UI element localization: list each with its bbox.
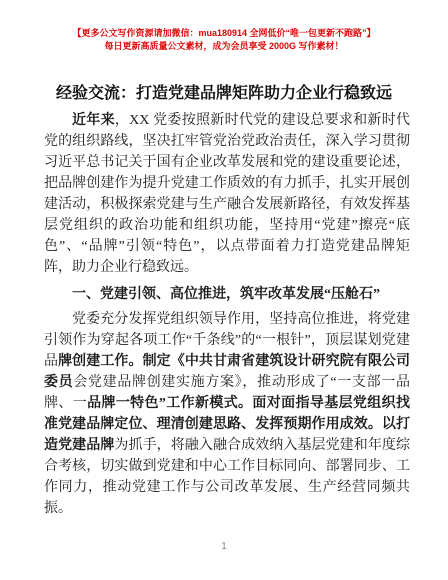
promo-notice: 【更多公文写作资源请加微信：mua180914 全网低价“唯一包更新不跑路”】 … xyxy=(0,0,448,53)
page-number: 1 xyxy=(0,541,448,552)
paragraph: 党委充分发挥党组织领导作用，坚持高位推进，将党建引领作为穿起各项工作“千条线”的… xyxy=(44,309,410,519)
section-heading: 一、党建引领、高位推进，筑牢改革发展“压舱石” xyxy=(44,284,410,305)
text-run: 一、党建引领、高位推进，筑牢改革发展“压舱石” xyxy=(72,287,380,302)
document-page: 【更多公文写作资源请加微信：mua180914 全网低价“唯一包更新不跑路”】 … xyxy=(0,0,448,580)
text-run: ，XX 党委按照新时代党的建设总要求和新时代党的组织路线，坚决扛牢管党治党政治责… xyxy=(44,113,410,275)
text-run: 近年来 xyxy=(72,113,115,128)
document-body: 近年来，XX 党委按照新时代党的建设总要求和新时代党的组织路线，坚决扛牢管党治党… xyxy=(44,110,410,519)
promo-notice-line2: 每日更新高质量公文素材，成为会员享受 2000G 写作素材！ xyxy=(0,40,448,53)
promo-notice-line1: 【更多公文写作资源请加微信：mua180914 全网低价“唯一包更新不跑路”】 xyxy=(0,27,448,40)
paragraph: 近年来，XX 党委按照新时代党的建设总要求和新时代党的组织路线，坚决扛牢管党治党… xyxy=(44,110,410,278)
document-title: 经验交流：打造党建品牌矩阵助力企业行稳致远 xyxy=(40,81,408,106)
